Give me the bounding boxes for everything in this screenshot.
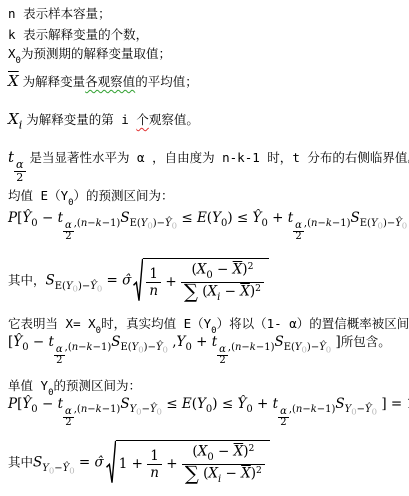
cjk-token: 的预测区间为： <box>86 188 174 203</box>
document-page: n 表示样本容量； k 表示解释变量的个数， X0为预测期的解释变量取值； X … <box>0 0 409 496</box>
rm-token: + <box>268 210 288 226</box>
rm-token: − <box>213 262 233 278</box>
rm-token: + <box>192 334 212 350</box>
cjk-token: 是当显著性水平为 <box>26 150 130 165</box>
rm-token: 2 <box>280 417 286 428</box>
rm-token: − <box>302 404 310 415</box>
line-regressor-count: k 表示解释变量的个数， <box>8 25 148 44</box>
cjk-token: 其中， <box>8 273 46 288</box>
rm-token: + <box>161 274 181 291</box>
rm-token: ] <box>331 334 341 350</box>
rm-token: 2 <box>248 443 254 454</box>
var-token: Y <box>371 218 378 229</box>
rm-token: )− <box>78 281 90 292</box>
stack-token: α2 <box>278 407 289 429</box>
rm-token: − <box>142 404 150 415</box>
sub-token: E(Y0)−Ŷ0 <box>130 218 177 229</box>
rm-token: = <box>102 273 122 289</box>
var-token: Ŷ <box>319 342 326 353</box>
var-token: Y <box>295 342 302 353</box>
var-token: P <box>8 396 17 412</box>
cjk-token: 的预测区间为： <box>54 378 142 393</box>
rm-token: − <box>54 463 62 474</box>
var-token: X <box>8 110 19 128</box>
rm-token: − <box>87 404 95 415</box>
cjk-token: 将以（ <box>229 316 267 331</box>
cjk-token: 的平均值； <box>135 74 198 89</box>
var-token: α <box>295 220 302 231</box>
frac-token: (X0 − X)2∑ (Xi − X)2 <box>182 443 265 485</box>
rm-token: 2 <box>256 465 262 476</box>
sup-token: 2 <box>256 465 262 476</box>
rm-token: − <box>241 342 249 353</box>
var-token: S <box>120 210 129 226</box>
line-xi-definition: Xi 为解释变量的第 i 个观察值。 <box>8 110 199 133</box>
sub-token: E(Y0)−Ŷ0 <box>120 342 167 353</box>
rm-token: − <box>29 334 49 350</box>
var-token: Y <box>42 463 49 474</box>
rm-token: − <box>214 444 234 460</box>
var-token: S <box>351 210 360 226</box>
rm-token: − <box>317 218 325 229</box>
rm-token: 2 <box>65 417 71 428</box>
sub-token: Y0−Ŷ0 <box>130 404 162 415</box>
rm-token: −1) <box>256 342 275 353</box>
var-token: Ŷ <box>365 404 372 415</box>
code-token: n <box>8 6 23 21</box>
rm-token: , <box>168 334 177 350</box>
code-token: k <box>8 27 23 42</box>
rm-token: )− <box>153 218 165 229</box>
var-token: X <box>234 444 244 460</box>
sub-token: Y0−Ŷ0 <box>42 463 74 474</box>
var-token: X <box>233 262 243 278</box>
cjk-token: 个 <box>136 112 149 127</box>
var-token: S <box>46 273 55 289</box>
var-token: S <box>335 396 344 412</box>
cjk-token: 各观察值 <box>85 74 135 89</box>
var-token: n <box>149 283 158 299</box>
code-token: n-k-1 <box>215 150 268 165</box>
wavy-token: 个 <box>136 110 149 128</box>
var-token: S <box>33 455 42 471</box>
var-token: X <box>240 283 250 299</box>
frac-token: 1n <box>147 448 162 481</box>
code-token: α <box>130 150 153 165</box>
sub-token: Y0−Ŷ0 <box>345 404 377 415</box>
rm-token: ≤ <box>218 396 238 412</box>
rm-token: − <box>220 283 240 299</box>
formula-s-mean: 其中，SE(Y0)−Ŷ0 = σ̂1n + (X0 − X)2∑ (Xi − X… <box>8 258 269 303</box>
var-token: α <box>56 344 63 355</box>
cjk-token: 均值 <box>8 188 33 203</box>
ovl-token: X <box>233 262 243 278</box>
rm-token: ,( <box>289 404 296 415</box>
line-xbar-definition: X 为解释变量各观察值的平均值； <box>8 72 198 91</box>
rm-token: − <box>78 342 86 353</box>
var-token: E <box>197 210 207 226</box>
line-mean-interval-label: 均值 E（Y0）的预测区间为： <box>8 186 174 209</box>
rm-token: ≤ <box>233 210 253 226</box>
cjk-token: 观察值。 <box>149 112 199 127</box>
var-token: α <box>16 158 24 171</box>
cjk-token: 它表明当 <box>8 316 58 331</box>
var-token: Ŷ <box>150 404 157 415</box>
formula-interval-bounds: [Ŷ0 − tα2,(n−k−1)SE(Y0)−Ŷ0 ,Y0 + tα2,(n−… <box>8 334 391 367</box>
formula-s-single: 其中SY0−Ŷ0 = σ̂1 + 1n + (X0 − X)2∑ (Xi − X… <box>8 440 270 485</box>
formula-mean-interval: P[Ŷ0 − tα2,(n−k−1)SE(Y0)−Ŷ0 ≤ E(Y0) ≤ Ŷ0… <box>8 210 409 243</box>
cjk-token: 时，真实均值 <box>101 316 176 331</box>
sub-token: α2,(n−k−1) <box>63 404 120 415</box>
sub-token: α2 <box>14 157 26 170</box>
var-token: P <box>8 210 17 226</box>
stack-token: α2 <box>293 221 304 243</box>
rm-token: E( <box>130 218 141 229</box>
rm-token: 2 <box>255 283 261 294</box>
code-token: Y <box>33 378 48 393</box>
stack-token: α2 <box>63 407 74 429</box>
stack-token: α2 <box>217 345 228 367</box>
rm-token: ,( <box>74 404 81 415</box>
stack-token: α2 <box>54 345 65 367</box>
wavy-token: 各观察值 <box>85 72 135 90</box>
var-token: σ̂ <box>95 455 104 471</box>
sup-token: 2 <box>248 261 254 272</box>
sqrt-token: 1 + 1n + (X0 − X)2∑ (Xi − X)2 <box>106 440 270 485</box>
rm-token: 2 <box>56 355 62 366</box>
line-x0-definition: X0为预测期的解释变量取值； <box>8 44 171 67</box>
sub-token: α2,(n−k−1) <box>293 218 350 229</box>
cjk-token: 为解释变量 <box>19 74 85 89</box>
sub-token: E(Y0)−Ŷ0 <box>284 342 331 353</box>
rm-token: − <box>357 404 365 415</box>
sup-token: 2 <box>255 283 261 294</box>
code-token: X= X <box>58 316 96 331</box>
rm-token: −1) <box>332 218 351 229</box>
code-token: E（Y <box>176 316 211 331</box>
rm-token: E( <box>360 218 371 229</box>
rm-token: 1 <box>149 266 158 282</box>
rm-token: − <box>221 465 241 481</box>
sub-token: E(Y0)−Ŷ0 <box>55 281 102 292</box>
rm-token: + <box>162 456 182 473</box>
stack-token: α2 <box>63 221 74 243</box>
code-token: 1- α <box>267 316 297 331</box>
rm-token: )− <box>307 342 319 353</box>
rm-token: )− <box>383 218 395 229</box>
rm-token: − <box>87 218 95 229</box>
rm-token: −1) <box>317 404 336 415</box>
var-token: α <box>65 220 72 231</box>
sub-token: α2,(n−k−1) <box>54 342 111 353</box>
cjk-token: 为预测期的解释变量取值； <box>21 46 171 61</box>
rm-token: ] = 1 − <box>377 396 409 412</box>
radical-sign-icon <box>133 258 143 303</box>
code-token: t <box>292 150 307 165</box>
var-token: X <box>197 262 207 278</box>
cjk-token: 为解释变量的第 <box>22 112 113 127</box>
var-token: Ŷ <box>156 342 163 353</box>
frac-token: 1n <box>146 266 161 299</box>
var-token: Y <box>66 281 73 292</box>
sup-token: 2 <box>248 443 254 454</box>
rm-token: = <box>75 455 95 471</box>
frac-token: (X0 − X)2∑ (Xi − X)2 <box>181 261 264 303</box>
var-token: Y <box>212 210 221 226</box>
var-token: σ̂ <box>122 273 131 289</box>
rm-token: ≤ <box>162 396 182 412</box>
var-token: α <box>280 406 287 417</box>
rm-token: E( <box>55 281 66 292</box>
var-token: X <box>207 283 217 299</box>
rm-token: E( <box>284 342 295 353</box>
rm-token: 2 <box>295 231 301 242</box>
var-token: Ŷ <box>22 210 31 226</box>
cjk-token: 表示样本容量； <box>23 6 111 21</box>
rm-token: − <box>38 396 58 412</box>
cjk-token: 分布的右侧临界值。 <box>307 150 409 165</box>
sum-token: ∑ <box>184 280 198 303</box>
ovl-token: X <box>234 444 244 460</box>
rm-token: ,( <box>74 218 81 229</box>
line-t-definition: tα2 是当显著性水平为 α ，自由度为 n-k-1 时，t 分布的右侧临界值。 <box>8 148 409 184</box>
code-token: X <box>8 46 16 61</box>
rm-token: 1 + <box>119 456 147 473</box>
ovl-token: X <box>240 283 250 299</box>
code-token: ） <box>74 188 87 203</box>
cjk-token: 表示解释变量的个数， <box>23 27 148 42</box>
rm-token: 2 <box>248 261 254 272</box>
var-token: Ŷ <box>90 281 97 292</box>
var-token: n <box>150 465 159 481</box>
ovl-token: X <box>8 72 19 90</box>
var-token: α <box>65 406 72 417</box>
rm-token: −1) <box>93 342 112 353</box>
rm-token: E( <box>120 342 131 353</box>
rm-token: )− <box>144 342 156 353</box>
var-token: Y <box>197 396 206 412</box>
rm-token: ,( <box>304 218 311 229</box>
rm-token: ( <box>199 465 209 481</box>
sub-token: α2,(n−k−1) <box>63 218 120 229</box>
sub-token: α2,(n−k−1) <box>217 342 274 353</box>
rm-token: 2 <box>219 355 225 366</box>
line-sample-size: n 表示样本容量； <box>8 4 111 23</box>
cjk-token: ，自由度为 <box>152 150 215 165</box>
sum-token: ∑ <box>185 462 199 485</box>
cjk-token: ）的置信概率被区间 <box>297 316 409 331</box>
sub-token: α2,(n−k−1) <box>278 404 335 415</box>
var-token: X <box>208 465 218 481</box>
rm-token: 2 <box>16 171 23 184</box>
rm-token: 2 <box>65 231 71 242</box>
rm-token: −1) <box>102 218 121 229</box>
code-token: ） <box>217 316 230 331</box>
cjk-token: 所包含。 <box>341 334 391 349</box>
rm-token: − <box>38 210 58 226</box>
var-token: Ŷ <box>395 218 402 229</box>
rm-token: ≤ <box>177 210 197 226</box>
cjk-token: 其中 <box>8 455 33 470</box>
var-token: α <box>219 344 226 355</box>
sub-token: E(Y0)−Ŷ0 <box>360 218 407 229</box>
var-token: X <box>8 72 19 90</box>
sqrt-token: 1n + (X0 − X)2∑ (Xi − X)2 <box>133 258 269 303</box>
rm-token: −1) <box>102 404 121 415</box>
radical-sign-icon <box>106 440 116 485</box>
stack-token: α2 <box>14 159 26 183</box>
rm-token: 1 <box>150 448 159 464</box>
var-token: Ŷ <box>13 334 22 350</box>
formula-single-interval: P[Ŷ0 − tα2,(n−k−1)SY0−Ŷ0 ≤ E(Y0) ≤ Ŷ0 + … <box>8 396 409 429</box>
rm-token: ,( <box>65 342 72 353</box>
ovl-token: X <box>241 465 251 481</box>
var-token: Ŷ <box>165 218 172 229</box>
var-token: X <box>241 465 251 481</box>
cjk-token: 时， <box>267 150 292 165</box>
code-token: i <box>114 112 137 127</box>
var-token: X <box>198 444 208 460</box>
var-token: S <box>120 396 129 412</box>
var-token: E <box>182 396 192 412</box>
rm-token: + <box>253 396 273 412</box>
cjk-token: 单值 <box>8 378 33 393</box>
var-token: Ŷ <box>22 396 31 412</box>
code-token: E（Y <box>33 188 68 203</box>
rm-token: ,( <box>228 342 235 353</box>
var-token: S <box>274 334 283 350</box>
